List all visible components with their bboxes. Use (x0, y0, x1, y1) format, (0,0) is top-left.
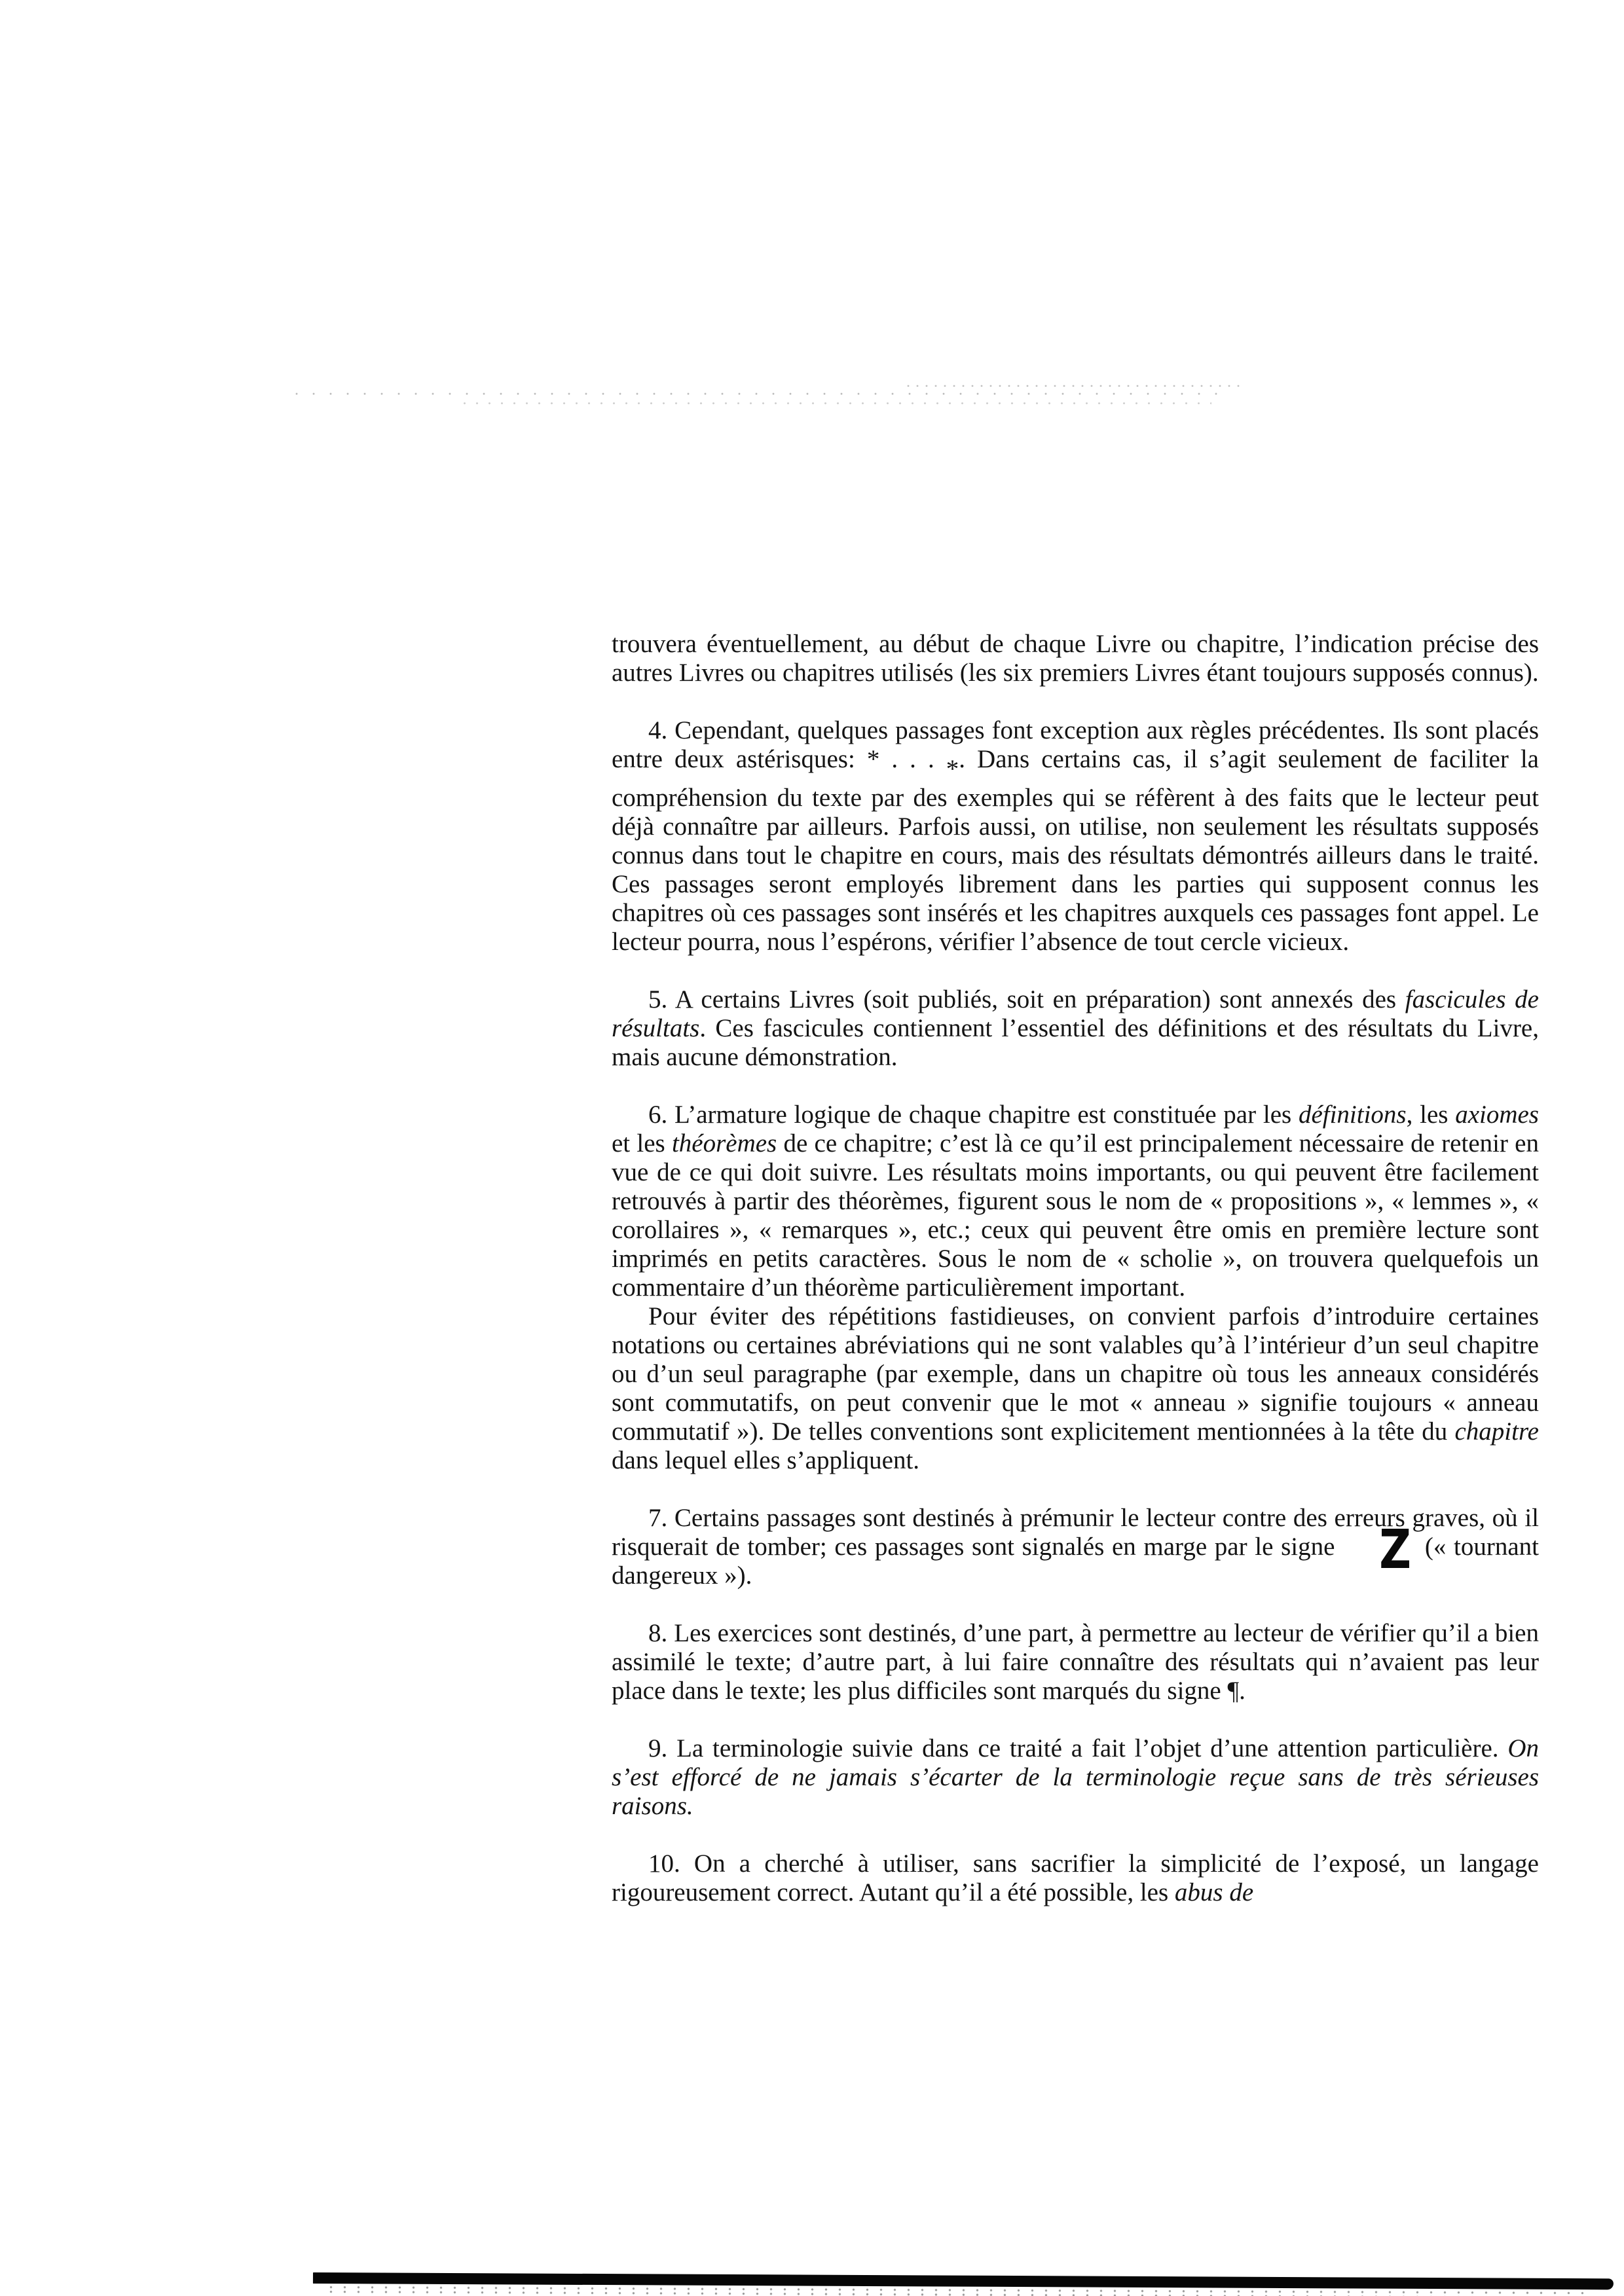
text-segment: trouvera éventuellement, au début de cha… (612, 630, 1539, 687)
text-segment: et les (612, 1129, 672, 1157)
text-segment: * (946, 755, 959, 783)
text-segment: 8. Les exercices sont destinés, d’une pa… (612, 1619, 1539, 1705)
text-segment: , les (1407, 1101, 1456, 1129)
text-segment: . Ces fascicules contiennent l’essentiel… (612, 1014, 1539, 1071)
item-4: 4. Cependant, quelques passages font exc… (612, 716, 1539, 957)
text-segment: chapitre (1454, 1417, 1539, 1446)
text-segment: Pour éviter des répétitions fastidieuses… (612, 1302, 1539, 1446)
item-9: 9. La terminologie suivie dans ce traité… (612, 1734, 1539, 1821)
paragraph-continuation: trouvera éventuellement, au début de cha… (612, 630, 1539, 687)
scanned-book-page: trouvera éventuellement, au début de cha… (0, 0, 1624, 2296)
item-8: 8. Les exercices sont destinés, d’une pa… (612, 1619, 1539, 1705)
text-segment: abus de (1175, 1878, 1253, 1906)
text-segment: dans lequel elles s’appliquent. (612, 1446, 919, 1474)
scan-noise-speck-band (904, 384, 1244, 389)
scan-noise-band (288, 391, 1225, 397)
text-segment: 6. L’armature logique de chaque chapitre… (648, 1101, 1299, 1129)
text-column: trouvera éventuellement, au début de cha… (612, 630, 1539, 1936)
text-segment: axiomes (1455, 1101, 1539, 1129)
text-segment: définitions (1299, 1101, 1407, 1129)
scan-noise-band-secondary (458, 401, 1211, 407)
item-10: 10. On a cherché à utiliser, sans sacrif… (612, 1850, 1539, 1907)
item-7: 7. Certains passages sont destinés à pré… (612, 1504, 1539, 1590)
item-6: 6. L’armature logique de chaque chapitre… (612, 1101, 1539, 1302)
text-segment: 5. A certains Livres (soit publiés, soit… (648, 985, 1405, 1013)
text-segment: 9. La terminologie suivie dans ce traité… (648, 1734, 1507, 1762)
text-segment: 10. On a cherché à utiliser, sans sacrif… (612, 1850, 1539, 1906)
item-5: 5. A certains Livres (soit publiés, soit… (612, 985, 1539, 1072)
text-segment: . Dans certains cas, il s’agit seulement… (612, 745, 1539, 956)
text-segment: théorèmes (672, 1129, 777, 1157)
item-6-continuation: Pour éviter des répétitions fastidieuses… (612, 1302, 1539, 1475)
